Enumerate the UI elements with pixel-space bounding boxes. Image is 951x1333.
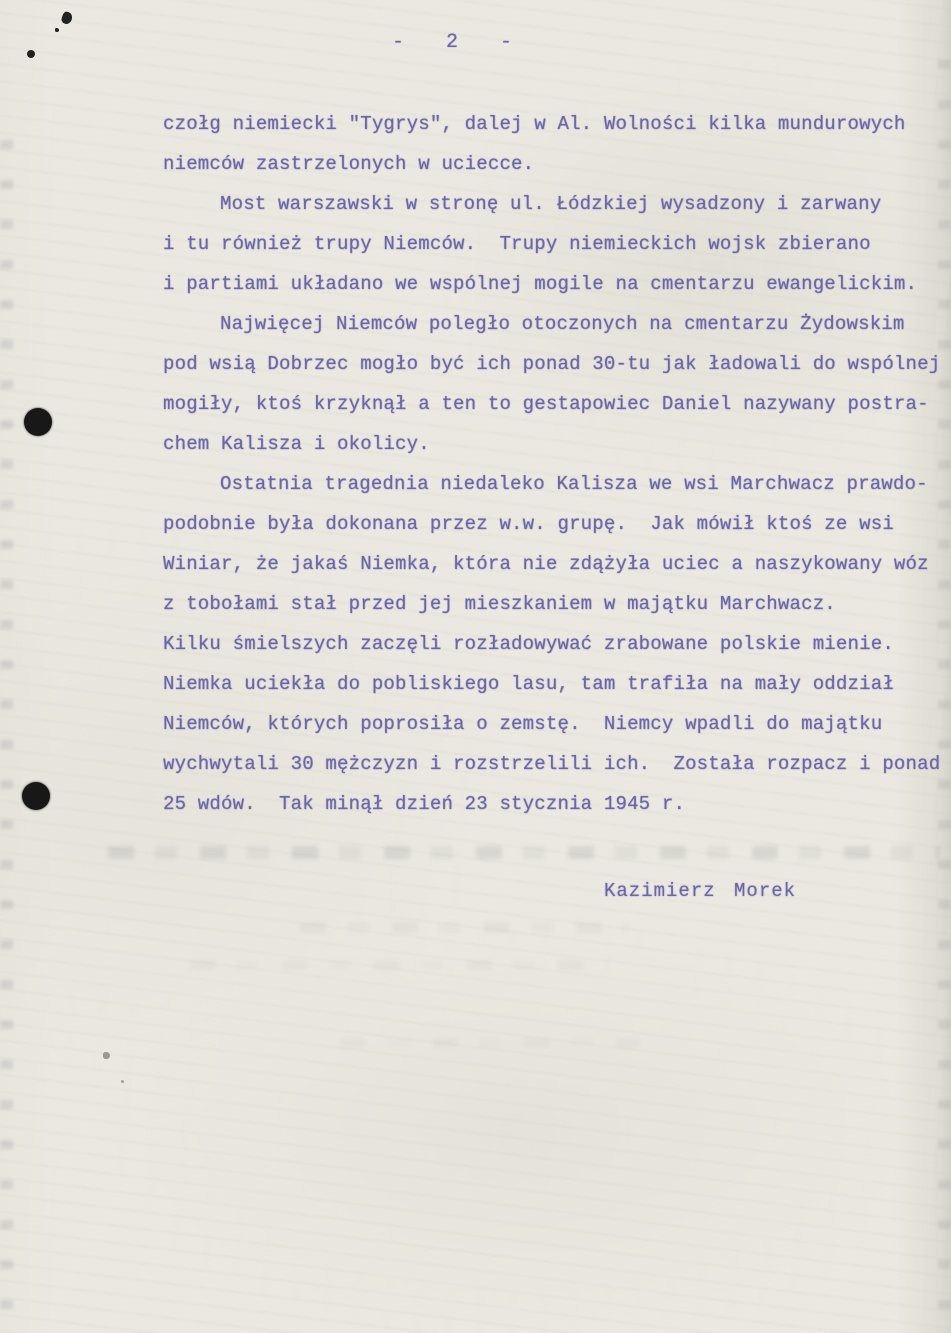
bleedthrough-smudge <box>108 846 940 859</box>
typewritten-text-block: czołg niemiecki "Tygrys", dalej w Al. Wo… <box>163 104 923 824</box>
text-line: 25 wdów. Tak minął dzień 23 stycznia 194… <box>163 784 923 824</box>
ink-speck <box>27 50 35 58</box>
ink-speck <box>103 1052 110 1059</box>
bleedthrough-left-edge <box>0 140 13 1320</box>
text-line: i tu również trupy Niemców. Trupy niemie… <box>163 224 923 264</box>
text-line: Kilku śmielszych zaczęli rozładowywać zr… <box>163 624 923 664</box>
text-line: i partiami układano we wspólnej mogile n… <box>163 264 923 304</box>
text-line: Niemka uciekła do pobliskiego lasu, tam … <box>163 664 923 704</box>
text-line: pod wsią Dobrzec mogło być ich ponad 30-… <box>163 344 923 384</box>
text-line: Najwięcej Niemców poległo otoczonych na … <box>163 304 923 344</box>
text-line: podobnie była dokonana przez w.w. grupę.… <box>163 504 923 544</box>
text-line: niemców zastrzelonych w uciecce. <box>163 144 923 184</box>
text-line: chem Kalisza i okolicy. <box>163 424 923 464</box>
text-line: Niemców, których poprosiła o zemstę. Nie… <box>163 704 923 744</box>
ink-speck <box>121 1080 124 1083</box>
bleedthrough-smudge <box>300 922 630 933</box>
punch-hole-dot <box>24 408 52 436</box>
ink-speck <box>60 11 74 26</box>
scanned-document-page: - 2 - czołg niemiecki "Tygrys", dalej w … <box>0 0 951 1333</box>
text-line: mogiły, ktoś krzyknął a ten to gestapowi… <box>163 384 923 424</box>
text-line: Most warszawski w stronę ul. Łódzkiej wy… <box>163 184 923 224</box>
text-line: Winiar, że jakaś Niemka, która nie zdąży… <box>163 544 923 584</box>
text-line: Ostatnia tragednia niedaleko Kalisza we … <box>163 464 923 504</box>
bleedthrough-right-edge <box>938 60 951 1320</box>
text-line: wychwytali 30 mężczyzn i rozstrzelili ic… <box>163 744 923 784</box>
bleedthrough-smudge <box>190 960 610 970</box>
signature-name: Kazimierz Morek <box>604 880 796 902</box>
ink-speck <box>55 28 59 32</box>
page-number: - 2 - <box>392 31 518 54</box>
text-line: czołg niemiecki "Tygrys", dalej w Al. Wo… <box>163 104 923 144</box>
punch-hole-dot <box>22 782 50 810</box>
bleedthrough-smudge <box>340 1038 640 1048</box>
text-line: z tobołami stał przed jej mieszkaniem w … <box>163 584 923 624</box>
